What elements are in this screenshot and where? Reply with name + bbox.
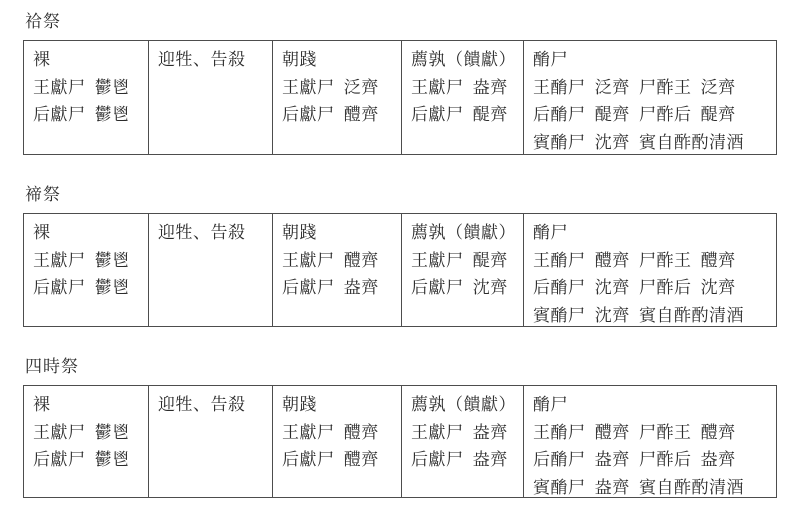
cell-line: 后獻尸 盎齊 xyxy=(282,274,397,302)
cell-line: 后獻尸 盎齊 xyxy=(411,446,519,474)
phase-header: 薦孰（饋獻） xyxy=(411,46,519,74)
phase-cell-chaojian: 朝踐 王獻尸 醴齊 后獻尸 盎齊 xyxy=(273,214,402,326)
cell-line: 王酳尸 醴齊 尸酢王 醴齊 xyxy=(533,247,772,275)
phase-header: 酳尸 xyxy=(533,391,772,419)
cell-line: 王酳尸 醴齊 尸酢王 醴齊 xyxy=(533,419,772,447)
phase-header: 裸 xyxy=(33,219,144,247)
table-title: 祫祭 xyxy=(25,12,61,32)
phase-cell-guan: 裸 王獻尸 鬱鬯 后獻尸 鬱鬯 xyxy=(24,386,149,497)
cell-line: 后獻尸 鬱鬯 xyxy=(33,101,144,129)
phase-header: 酳尸 xyxy=(533,219,772,247)
cell-line: 后獻尸 鬱鬯 xyxy=(33,274,144,302)
cell-line: 王獻尸 醴齊 xyxy=(282,247,397,275)
phase-cell-jianshu: 薦孰（饋獻） 王獻尸 盎齊 后獻尸 盎齊 xyxy=(402,386,524,497)
rite-section-di: 禘祭 裸 王獻尸 鬱鬯 后獻尸 鬱鬯 迎牲、告殺 朝踐 王獻尸 醴齊 后獻尸 盎… xyxy=(23,213,777,327)
cell-line: 王獻尸 盎齊 xyxy=(411,419,519,447)
phase-header: 裸 xyxy=(33,391,144,419)
cell-line: 賓酳尸 沈齊 賓自酢酌清酒 xyxy=(533,129,772,155)
cell-line: 王獻尸 醍齊 xyxy=(411,247,519,275)
phase-cell-yingsheng-gaosha: 迎牲、告殺 xyxy=(149,386,273,497)
phase-cell-yinshi: 酳尸 王酳尸 泛齊 尸酢王 泛齊 后酳尸 醍齊 尸酢后 醍齊 賓酳尸 沈齊 賓自… xyxy=(524,41,776,154)
cell-line: 后獻尸 醴齊 xyxy=(282,101,397,129)
phase-header: 朝踐 xyxy=(282,391,397,419)
cell-line: 賓酳尸 沈齊 賓自酢酌清酒 xyxy=(533,302,772,327)
phase-header: 朝踐 xyxy=(282,46,397,74)
cell-line: 后獻尸 醴齊 xyxy=(282,446,397,474)
phase-header: 薦孰（饋獻） xyxy=(411,391,519,419)
cell-line: 王獻尸 鬱鬯 xyxy=(33,247,144,275)
phase-cell-yingsheng-gaosha: 迎牲、告殺 xyxy=(149,41,273,154)
phase-header: 迎牲、告殺 xyxy=(158,391,268,419)
phase-header: 朝踐 xyxy=(282,219,397,247)
cell-line: 王獻尸 盎齊 xyxy=(411,74,519,102)
phase-cell-guan: 裸 王獻尸 鬱鬯 后獻尸 鬱鬯 xyxy=(24,41,149,154)
phase-cell-guan: 裸 王獻尸 鬱鬯 后獻尸 鬱鬯 xyxy=(24,214,149,326)
phase-cell-chaojian: 朝踐 王獻尸 泛齊 后獻尸 醴齊 xyxy=(273,41,402,154)
rite-section-xia: 祫祭 裸 王獻尸 鬱鬯 后獻尸 鬱鬯 迎牲、告殺 朝踐 王獻尸 泛齊 后獻尸 醴… xyxy=(23,40,777,155)
table-title: 四時祭 xyxy=(25,357,79,377)
phase-header: 裸 xyxy=(33,46,144,74)
phase-cell-yingsheng-gaosha: 迎牲、告殺 xyxy=(149,214,273,326)
cell-line: 賓酳尸 盎齊 賓自酢酌清酒 xyxy=(533,474,772,498)
rite-table-xia: 裸 王獻尸 鬱鬯 后獻尸 鬱鬯 迎牲、告殺 朝踐 王獻尸 泛齊 后獻尸 醴齊 薦… xyxy=(23,40,777,155)
phase-cell-jianshu: 薦孰（饋獻） 王獻尸 醍齊 后獻尸 沈齊 xyxy=(402,214,524,326)
phase-cell-jianshu: 薦孰（饋獻） 王獻尸 盎齊 后獻尸 醍齊 xyxy=(402,41,524,154)
cell-line: 后獻尸 醍齊 xyxy=(411,101,519,129)
cell-line: 后獻尸 鬱鬯 xyxy=(33,446,144,474)
phase-header: 薦孰（饋獻） xyxy=(411,219,519,247)
document-page: 祫祭 裸 王獻尸 鬱鬯 后獻尸 鬱鬯 迎牲、告殺 朝踐 王獻尸 泛齊 后獻尸 醴… xyxy=(0,0,800,522)
cell-line: 王獻尸 泛齊 xyxy=(282,74,397,102)
phase-cell-yinshi: 酳尸 王酳尸 醴齊 尸酢王 醴齊 后酳尸 盎齊 尸酢后 盎齊 賓酳尸 盎齊 賓自… xyxy=(524,386,776,497)
rite-table-di: 裸 王獻尸 鬱鬯 后獻尸 鬱鬯 迎牲、告殺 朝踐 王獻尸 醴齊 后獻尸 盎齊 薦… xyxy=(23,213,777,327)
rite-table-sishi: 裸 王獻尸 鬱鬯 后獻尸 鬱鬯 迎牲、告殺 朝踐 王獻尸 醴齊 后獻尸 醴齊 薦… xyxy=(23,385,777,498)
phase-cell-yinshi: 酳尸 王酳尸 醴齊 尸酢王 醴齊 后酳尸 沈齊 尸酢后 沈齊 賓酳尸 沈齊 賓自… xyxy=(524,214,776,326)
cell-line: 王酳尸 泛齊 尸酢王 泛齊 xyxy=(533,74,772,102)
phase-header: 酳尸 xyxy=(533,46,772,74)
rite-section-sishi: 四時祭 裸 王獻尸 鬱鬯 后獻尸 鬱鬯 迎牲、告殺 朝踐 王獻尸 醴齊 后獻尸 … xyxy=(23,385,777,498)
cell-line: 后酳尸 盎齊 尸酢后 盎齊 xyxy=(533,446,772,474)
cell-line: 王獻尸 鬱鬯 xyxy=(33,74,144,102)
phase-header: 迎牲、告殺 xyxy=(158,46,268,74)
phase-header: 迎牲、告殺 xyxy=(158,219,268,247)
phase-cell-chaojian: 朝踐 王獻尸 醴齊 后獻尸 醴齊 xyxy=(273,386,402,497)
cell-line: 后酳尸 沈齊 尸酢后 沈齊 xyxy=(533,274,772,302)
cell-line: 后酳尸 醍齊 尸酢后 醍齊 xyxy=(533,101,772,129)
cell-line: 王獻尸 鬱鬯 xyxy=(33,419,144,447)
cell-line: 王獻尸 醴齊 xyxy=(282,419,397,447)
table-title: 禘祭 xyxy=(25,185,61,205)
cell-line: 后獻尸 沈齊 xyxy=(411,274,519,302)
